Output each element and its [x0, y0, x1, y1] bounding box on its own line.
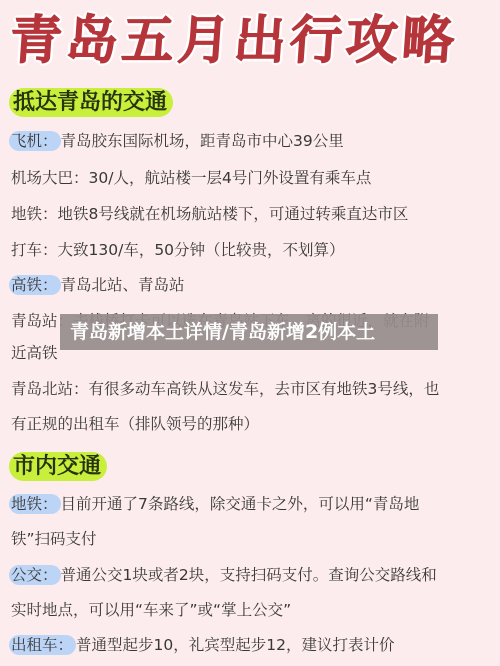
- info-line-taxi-city: 出租车：普通型起步10，礼宾型起步12，建议打表计价: [11, 634, 492, 656]
- text-bus-cont: 实时地点，可以用“车来了”或“掌上公交”: [11, 601, 291, 619]
- text-airplane: 青岛胶东国际机场，距青岛市中心39公里: [61, 132, 344, 150]
- text-metro-city-cont: 铁”扫码支付: [11, 530, 97, 548]
- text-high-speed-rail: 青岛北站、青岛站: [61, 276, 185, 294]
- info-line-qingdao-north-cont: 有正规的出租车（排队领号的那种）: [11, 413, 492, 435]
- text-metro-airport: 地铁8号线就在机场航站楼下，可通过转乘直达市区: [58, 205, 409, 223]
- label-high-speed-rail: 高铁：: [9, 275, 61, 295]
- info-line-bus: 公交：普通公交1块或者2块，支持扫码支付。查询公交路线和: [11, 564, 492, 586]
- section-heading-city-transport: 市内交通: [9, 452, 107, 481]
- info-line-metro-city: 地铁：目前开通了7条路线，除交通卡之外，可以用“青岛地: [11, 493, 492, 515]
- label-taxi-city: 出租车：: [9, 635, 76, 655]
- info-line-airport-bus: 机场大巴：30/人，航站楼一层4号门外设置有乘车点: [11, 167, 492, 189]
- text-bus: 普通公交1块或者2块，支持扫码支付。查询公交路线和: [61, 566, 437, 584]
- info-line-metro-airport: 地铁：地铁8号线就在机场航站楼下，可通过转乘直达市区: [11, 203, 492, 225]
- label-bus: 公交：: [9, 565, 61, 585]
- text-airport-bus: 30/人，航站楼一层4号门外设置有乘车点: [89, 169, 372, 187]
- info-line-airplane: 飞机：青岛胶东国际机场，距青岛市中心39公里: [11, 130, 492, 152]
- label-metro-airport: 地铁：: [11, 205, 58, 223]
- text-metro-city: 目前开通了7条路线，除交通卡之外，可以用“青岛地: [61, 495, 420, 513]
- section-heading-arrival: 抵达青岛的交通: [9, 88, 173, 117]
- text-qingdao-north: 有很多动车高铁从这发车，去市区有地铁3号线，也: [89, 380, 440, 398]
- info-line-qingdao-north: 青岛北站：有很多动车高铁从这发车，去市区有地铁3号线，也: [11, 378, 492, 400]
- label-qingdao-north: 青岛北站：: [11, 380, 89, 398]
- caption-overlay: 青岛新增本土详情/青岛新增2例本土: [60, 314, 438, 350]
- info-line-high-speed-rail: 高铁：青岛北站、青岛站: [11, 274, 492, 296]
- label-metro-city: 地铁：: [9, 494, 61, 514]
- text-qingdao-north-cont: 有正规的出租车（排队领号的那种）: [11, 415, 259, 433]
- label-airport-bus: 机场大巴：: [11, 169, 89, 187]
- label-airplane: 飞机：: [9, 131, 61, 151]
- info-line-metro-city-cont: 铁”扫码支付: [11, 528, 492, 550]
- label-taxi-airport: 打车：: [11, 241, 58, 259]
- info-line-bus-cont: 实时地点，可以用“车来了”或“掌上公交”: [11, 599, 492, 621]
- page-title: 青岛五月出行攻略: [8, 6, 500, 76]
- info-line-taxi-airport: 打车：大致130/车，50分钟（比较贵，不划算）: [11, 239, 492, 261]
- text-qingdao-station-cont: 近高铁: [11, 344, 58, 362]
- text-taxi-airport: 大致130/车，50分钟（比较贵，不划算）: [58, 241, 345, 259]
- text-taxi-city: 普通型起步10，礼宾型起步12，建议打表计价: [76, 636, 394, 654]
